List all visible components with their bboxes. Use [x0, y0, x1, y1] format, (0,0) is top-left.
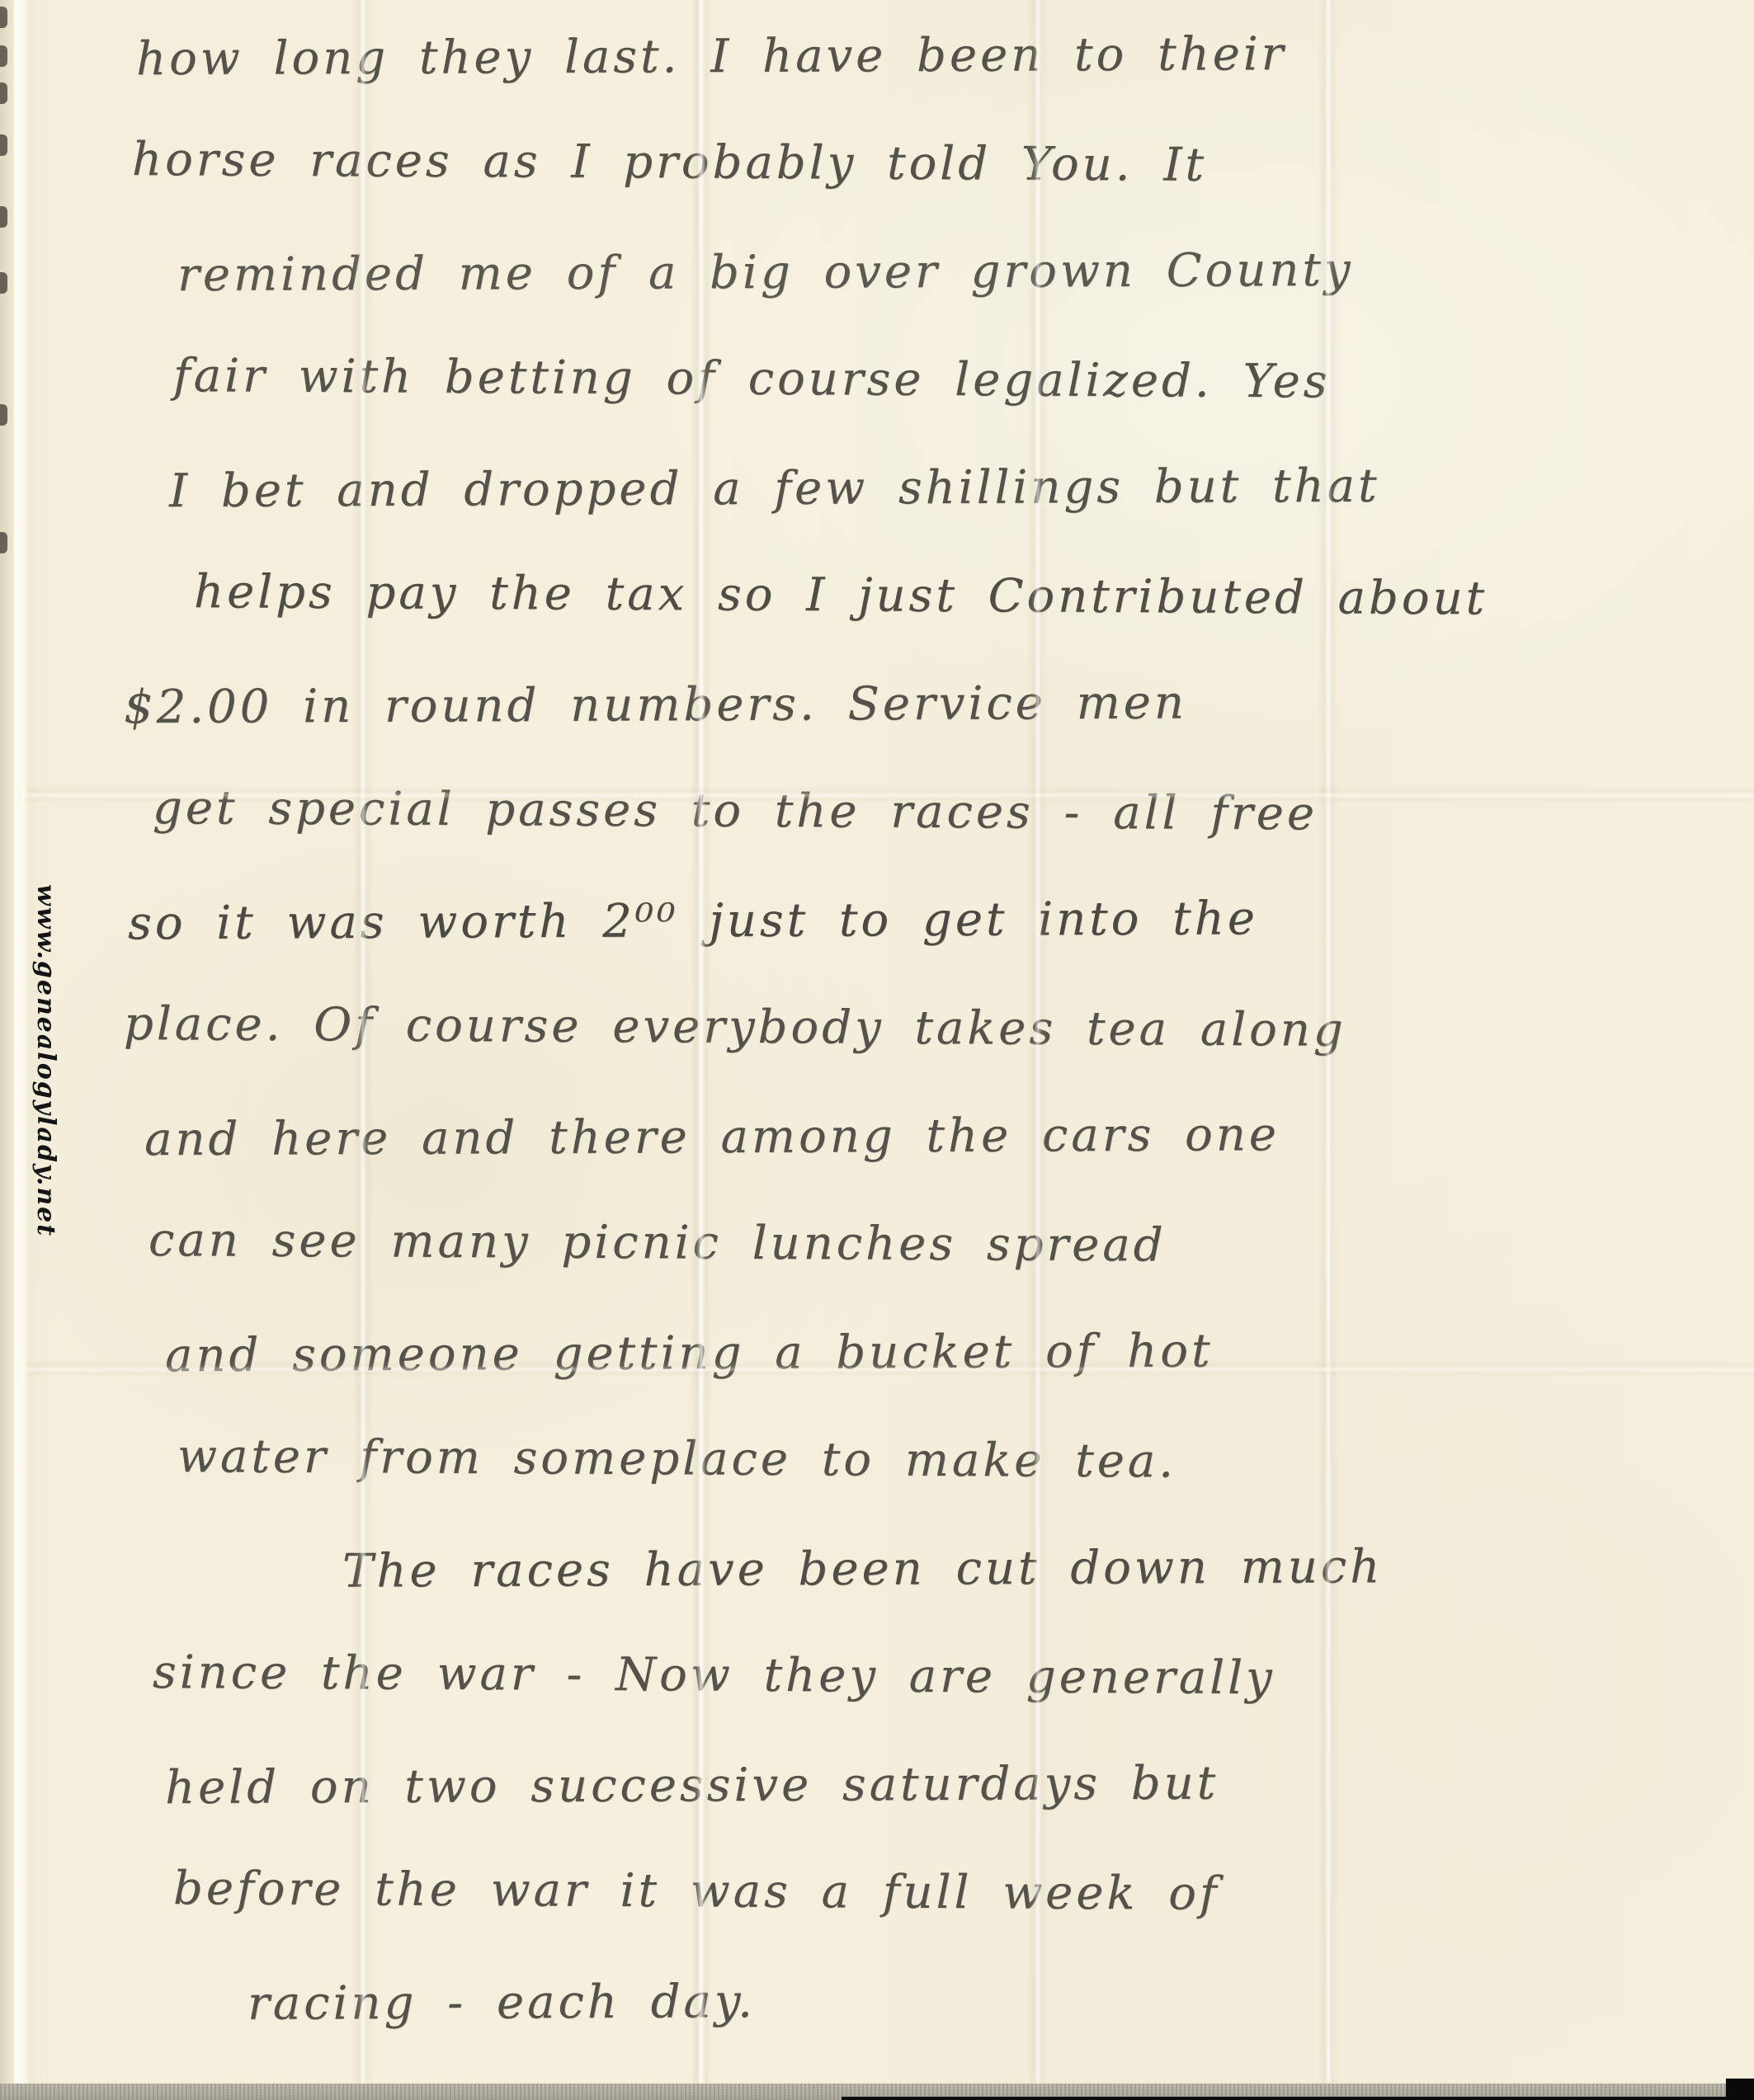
edge-nick [0, 45, 7, 67]
handwritten-line: and someone getting a bucket of hot [165, 1295, 1722, 1410]
edge-nick [0, 404, 7, 426]
handwritten-line: held on two successive saturdays but [165, 1727, 1722, 1842]
scan-edge-bottom [0, 2084, 1754, 2100]
scan-black-line [842, 2097, 1754, 2100]
edge-nick [0, 206, 7, 228]
edge-nick [0, 134, 7, 156]
edge-nick [0, 532, 7, 553]
edge-nick [0, 82, 7, 104]
fold-crease-vertical [1318, 0, 1339, 2100]
scan-edge-left [0, 0, 14, 2100]
handwritten-line: get special passes to the races - all fr… [153, 754, 1722, 870]
handwritten-line: before the war it was a full week of [173, 1834, 1722, 1951]
handwritten-line: racing - each day. [248, 1943, 1722, 2058]
fold-crease-vertical [1027, 0, 1049, 2100]
handwritten-line: helps pay the tax so I just Contributed … [194, 538, 1722, 654]
fold-crease-vertical [352, 0, 374, 2100]
handwritten-line: I bet and dropped a few shillings but th… [169, 431, 1722, 545]
fold-crease-horizontal [0, 785, 1754, 803]
fold-crease-vertical [691, 0, 712, 2100]
edge-nick [0, 7, 7, 28]
handwritten-line: and here and there among the cars one [144, 1079, 1722, 1194]
handwritten-line: can see many picnic lunches spread [149, 1186, 1722, 1302]
fold-crease-horizontal [0, 1359, 1754, 1377]
edge-nick [0, 272, 7, 294]
handwritten-line: since the war - Now they are generally [153, 1618, 1722, 1735]
letter-page: how long they last. I have been to their… [0, 0, 1754, 2100]
scan-fold-highlight [14, 0, 29, 2100]
handwritten-line: water from someplace to make tea. [177, 1402, 1722, 1518]
scan-corner-black [1726, 2079, 1754, 2100]
watermark: www.genealogylady.net [31, 884, 60, 1222]
handwritten-line: reminded me of a big over grown County [177, 214, 1722, 329]
handwritten-line: fair with betting of course legalized. Y… [173, 322, 1722, 438]
